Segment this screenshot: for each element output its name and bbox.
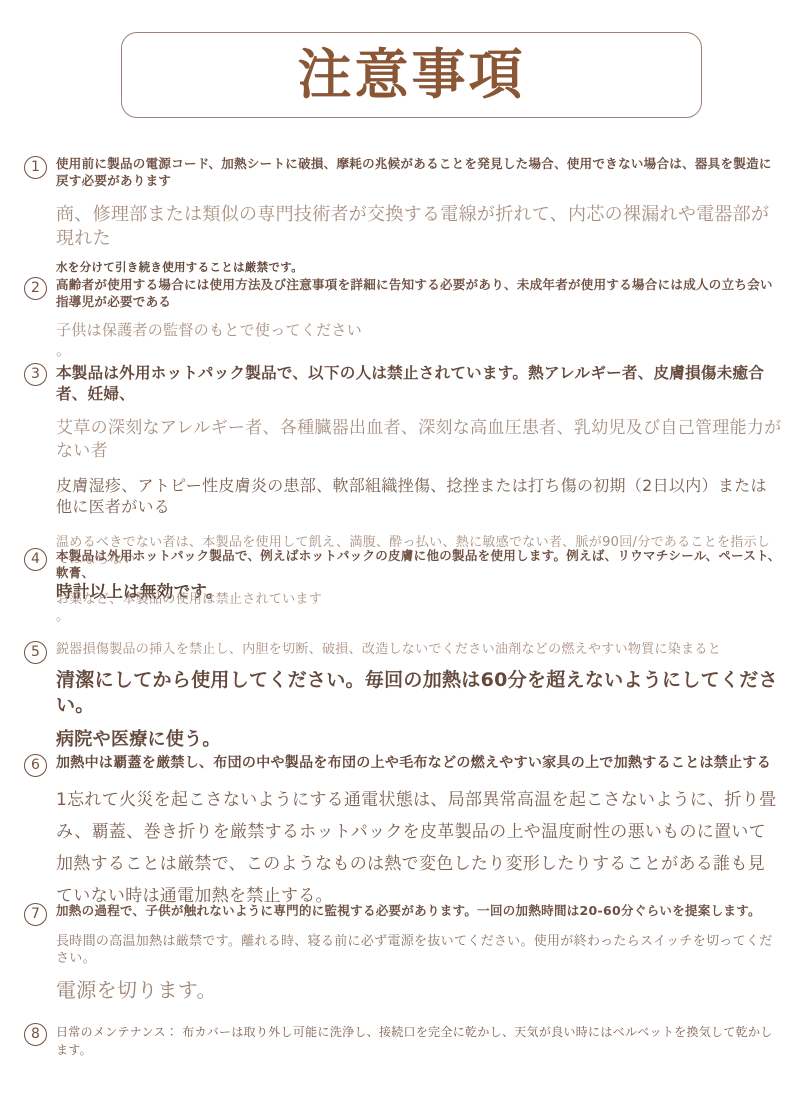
title-box: 注意事項 — [121, 32, 702, 118]
item-body: 加熱中は覇蓋を厳禁し、布団の中や製品を布団の上や毛布などの燃えやすい家具の上で加… — [56, 754, 782, 913]
item-body: 加熱の過程で、子供が触れないように専門的に監視する必要があります。一回の加熱時間… — [56, 903, 782, 1004]
item-text-line: 皮膚湿疹、アトピー性皮膚炎の患部、軟部組織挫傷、捻挫または打ち傷の初期（2日以内… — [56, 475, 782, 518]
item-text-line: 商、修理部または類似の専門技術者が交換する電線が折れて、内芯の裸漏れや電器部が現… — [56, 203, 782, 252]
item-text-line: 清潔にしてから使用してください。毎回の加熱は60分を超えないようにしてください。 — [56, 668, 782, 719]
item-body: 使用前に製品の電源コード、加熱シートに破損、摩耗の兆候があることを発見した場合、… — [56, 156, 782, 276]
item-text-line: お薬など、本製品の使用は禁止されています 。 — [56, 591, 782, 626]
item-number-badge: 8 — [24, 1023, 47, 1046]
item-text-line: 日常のメンテナンス： 布カバーは取り外し可能に洗浄し、接続口を完全に乾かし、天気… — [56, 1023, 782, 1059]
page-title: 注意事項 — [298, 48, 526, 102]
item-number-badge: 2 — [24, 277, 47, 300]
item-number-badge: 3 — [24, 363, 47, 386]
item-text-line: 水を分けて引き続き使用することは厳禁です。 — [56, 260, 782, 276]
item-text-line: 加熱の過程で、子供が触れないように専門的に監視する必要があります。一回の加熱時間… — [56, 903, 782, 920]
item-body: 本製品は外用ホットパック製品で、例えばホットパックの皮膚に他の製品を使用します。… — [56, 548, 782, 626]
item-body: 日常のメンテナンス： 布カバーは取り外し可能に洗浄し、接続口を完全に乾かし、天気… — [56, 1023, 782, 1059]
item-text-line: 子供は保護者の監督のもとで使ってください 。 — [56, 320, 782, 361]
item-text-line: 長時間の高温加熱は厳禁です。離れる時、寝る前に必ず電源を抜いてください。使用が終… — [56, 933, 782, 968]
precaution-item: 6 加熱中は覇蓋を厳禁し、布団の中や製品を布団の上や毛布などの燃えやすい家具の上… — [24, 754, 782, 913]
precautions-page: 注意事項 1 使用前に製品の電源コード、加熱シートに破損、摩耗の兆候があることを… — [0, 0, 790, 1111]
item-text-line: 高齢者が使用する場合には使用方法及び注意事項を詳細に告知する必要があり、未成年者… — [56, 277, 782, 311]
item-text-line: 本製品は外用ホットパック製品で、以下の人は禁止されています。熱アレルギー者、皮膚… — [56, 363, 782, 405]
item-text-line: 病院や医療に使う。 — [56, 728, 782, 752]
item-number-badge: 7 — [24, 903, 47, 926]
precaution-item: 1 使用前に製品の電源コード、加熱シートに破損、摩耗の兆候があることを発見した場… — [24, 156, 782, 276]
precaution-item: 7 加熱の過程で、子供が触れないように専門的に監視する必要があります。一回の加熱… — [24, 903, 782, 1004]
precaution-item: 8 日常のメンテナンス： 布カバーは取り外し可能に洗浄し、接続口を完全に乾かし、… — [24, 1023, 782, 1059]
item-text-line: 1忘れて火災を起こさないようにする通電状態は、局部異常高温を起こさないように、折… — [56, 785, 782, 913]
item-text-line: 鋭器損傷製品の挿入を禁止し、内胆を切断、破損、改造しないでください油剤などの燃え… — [56, 641, 782, 659]
item-number-badge: 5 — [24, 641, 47, 664]
item-text-line: 加熱中は覇蓋を厳禁し、布団の中や製品を布団の上や毛布などの燃えやすい家具の上で加… — [56, 754, 782, 773]
item-body: 鋭器損傷製品の挿入を禁止し、内胆を切断、破損、改造しないでください油剤などの燃え… — [56, 641, 782, 752]
item-number-badge: 6 — [24, 754, 47, 777]
item-text-line: 艾草の深刻なアレルギー者、各種臓器出血者、深刻な高血圧患者、乳幼児及び自己管理能… — [56, 417, 782, 463]
item-body: 高齢者が使用する場合には使用方法及び注意事項を詳細に告知する必要があり、未成年者… — [56, 277, 782, 360]
item-text-line: 電源を切ります。 — [56, 977, 782, 1004]
item-text-line: 本製品は外用ホットパック製品で、例えばホットパックの皮膚に他の製品を使用します。… — [56, 548, 782, 582]
item-number-badge: 1 — [24, 156, 47, 179]
item-text-line: 使用前に製品の電源コード、加熱シートに破損、摩耗の兆候があることを発見した場合、… — [56, 156, 782, 190]
item-number-badge: 4 — [24, 548, 47, 571]
precaution-item: 5 鋭器損傷製品の挿入を禁止し、内胆を切断、破損、改造しないでください油剤などの… — [24, 641, 782, 752]
precaution-item: 2 高齢者が使用する場合には使用方法及び注意事項を詳細に告知する必要があり、未成… — [24, 277, 782, 360]
precaution-item: 4 本製品は外用ホットパック製品で、例えばホットパックの皮膚に他の製品を使用しま… — [24, 548, 782, 626]
